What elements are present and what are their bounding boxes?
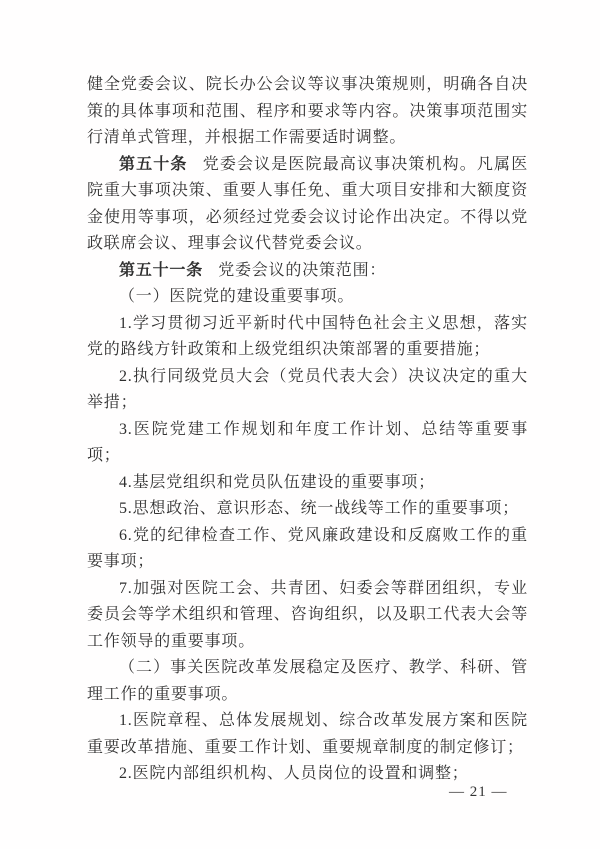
- document-body: 健全党委会议、院长办公会议等议事决策规则，明确各自决策的具体事项和范围、程序和要…: [87, 72, 528, 788]
- article-number: 第五十条: [119, 156, 188, 173]
- article-number: 第五十一条: [119, 262, 203, 279]
- page-number: — 21 —: [449, 784, 508, 801]
- article-paragraph: 第五十条党委会议是医院最高议事决策机构。凡属医院重大事项决策、重要人事任免、重大…: [87, 152, 528, 258]
- article-paragraph: 第五十一条党委会议的决策范围：: [87, 258, 528, 285]
- list-item: 3.医院党建工作规划和年度工作计划、总结等重要事项；: [87, 417, 528, 470]
- document-page: 健全党委会议、院长办公会议等议事决策规则，明确各自决策的具体事项和范围、程序和要…: [0, 0, 600, 849]
- list-item: 4.基层党组织和党员队伍建设的重要事项；: [87, 470, 528, 497]
- list-item: 2.执行同级党员大会（党员代表大会）决议决定的重大举措；: [87, 364, 528, 417]
- section-heading: （二）事关医院改革发展稳定及医疗、教学、科研、管理工作的重要事项。: [87, 655, 528, 708]
- paragraph: 健全党委会议、院长办公会议等议事决策规则，明确各自决策的具体事项和范围、程序和要…: [87, 72, 528, 152]
- list-item: 6.党的纪律检查工作、党风廉政建设和反腐败工作的重要事项；: [87, 523, 528, 576]
- section-heading: （一）医院党的建设重要事项。: [87, 284, 528, 311]
- list-item: 5.思想政治、意识形态、统一战线等工作的重要事项；: [87, 496, 528, 523]
- paragraph-text: 党委会议的决策范围：: [218, 262, 386, 279]
- list-item: 1.医院章程、总体发展规划、综合改革发展方案和医院重要改革措施、重要工作计划、重…: [87, 708, 528, 761]
- page-number-text: — 21 —: [449, 784, 508, 800]
- list-item: 7.加强对医院工会、共青团、妇委会等群团组织，专业委员会等学术组织和管理、咨询组…: [87, 576, 528, 656]
- list-item: 1.学习贯彻习近平新时代中国特色社会主义思想，落实党的路线方针政策和上级党组织决…: [87, 311, 528, 364]
